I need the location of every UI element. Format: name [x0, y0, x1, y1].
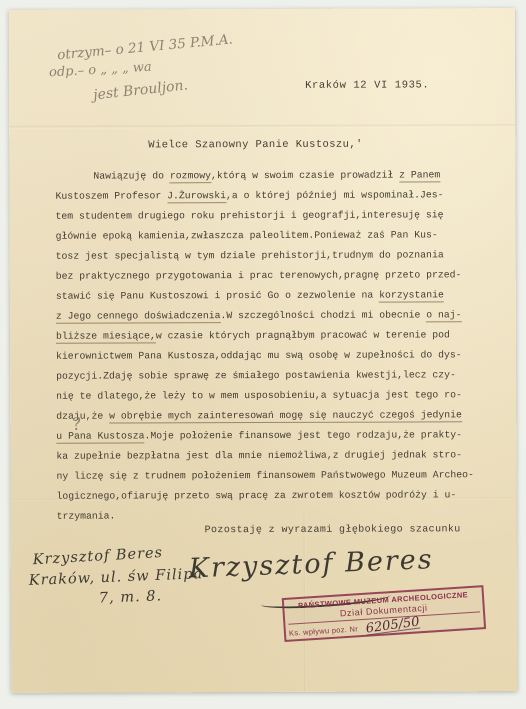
stamp-entry-number: 6205/50: [365, 616, 420, 635]
body-line: dzaju,że w obrębie mych zainteresowań mo…: [56, 405, 488, 427]
body-line: logicznego,ofiaruję przeto swą pracę za …: [56, 485, 488, 507]
sender-address-line-2: Kraków, ul. św Filipa: [29, 566, 204, 589]
body-line: Nawiązuję do rozmowy,którą w swoim czasi…: [55, 165, 487, 187]
body-line: Kustoszem Profesor J.Żurowski,a o której…: [55, 185, 487, 207]
sender-address-line-1: Krzysztof Beres: [32, 545, 163, 568]
letter-page: otrzym– o 21 VI 35 P.M.A. odp.– o „ „ „ …: [9, 8, 517, 693]
stamp-entry-label: Ks. wpływu poz. Nr: [289, 624, 359, 637]
letter-body: Nawiązuję do rozmowy,którą w swoim czasi…: [55, 165, 488, 527]
body-line: u Pana Kustosza.Moje położenie finansowe…: [56, 425, 488, 447]
body-line: pozycji.Zdaję sobie sprawę ze śmiałego p…: [56, 365, 488, 387]
body-line: stawić się Panu Kustoszowi i prosić Go o…: [56, 285, 488, 307]
body-line: ka zupełnie bezpłatna jest dla mnie niem…: [56, 445, 488, 467]
body-line: tem studentem drugiego roku prehistorji …: [55, 205, 487, 227]
body-line: bliższe miesiące,w czasie których pragną…: [56, 325, 488, 347]
ink-signature: Krzysztof Beres: [188, 544, 434, 584]
pencil-note-line-1: otrzym– o 21 VI 35 P.M.A.: [57, 31, 234, 63]
body-line: ny liczę się z trudnem położeniem finans…: [56, 465, 488, 487]
pencil-note-line-2: odp.– o „ „ „ wa: [49, 60, 152, 81]
fold-crease-top: [9, 124, 515, 129]
scan-background: otrzym– o 21 VI 35 P.M.A. odp.– o „ „ „ …: [0, 0, 526, 709]
salutation: Wielce Szanowny Panie Kustoszu,': [148, 139, 362, 152]
sender-address-line-3: 7, m. 8.: [99, 588, 163, 606]
body-line: z Jego cennego doświadczenia.W szczególn…: [56, 305, 488, 327]
body-line: kierownictwem Pana Kustosza,oddając mu s…: [56, 345, 488, 367]
body-line: tosz jest specjalistą w tym dziale prehi…: [56, 245, 488, 267]
body-line: bez praktycznego przygotowania i prac te…: [56, 265, 488, 287]
pencil-note-line-3: jest Brouljon.: [93, 77, 189, 103]
typed-dateline: Kraków 12 VI 1935.: [305, 79, 429, 91]
body-line: nię te dlatego,że leży to w mem usposobi…: [56, 385, 488, 407]
body-line: głównie epoką kamienia,zwłaszcza paleoli…: [56, 225, 488, 247]
closing-line: Pozostaję z wyrazami głębokiego szacunku: [205, 524, 461, 536]
